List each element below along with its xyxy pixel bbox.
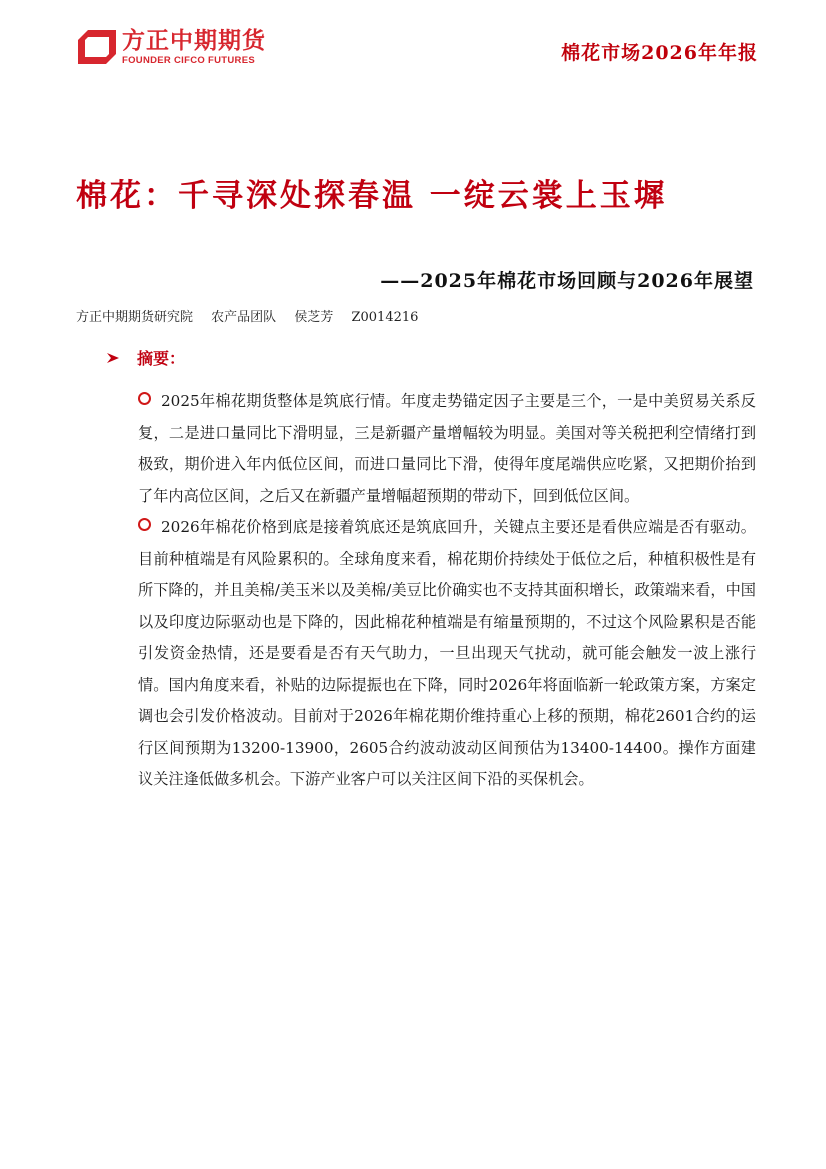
founder-logo-icon [78, 30, 116, 64]
company-name-cn: 方正中期期货 [122, 28, 266, 54]
summary-paragraph-2-text: 2026年棉花价格到底是接着筑底还是筑底回升，关键点主要还是看供应端是否有驱动。… [138, 518, 756, 788]
byline-team: 农产品团队 [211, 310, 276, 325]
summary-heading: 摘要： [107, 346, 185, 369]
arrow-right-icon [107, 352, 119, 364]
company-name-en: FOUNDER CIFCO FUTURES [122, 55, 266, 66]
company-logo: 方正中期期货 FOUNDER CIFCO FUTURES [78, 28, 266, 66]
summary-label: 摘要： [137, 346, 185, 369]
summary-content: 2025年棉花期货整体是筑底行情。年度走势锚定因子主要是三个，一是中美贸易关系反… [138, 386, 756, 796]
page-subtitle: ——2025年棉花市场回顾与2026年展望 [380, 266, 754, 293]
page-header: 方正中期期货 FOUNDER CIFCO FUTURES 棉花市场2026年年报 [78, 28, 758, 72]
byline-author: 侯芝芳 [294, 310, 333, 325]
circle-bullet-icon [138, 392, 151, 405]
page-title: 棉花：千寻深处探春温 一绽云裳上玉墀 [76, 170, 668, 215]
summary-paragraph-2: 2026年棉花价格到底是接着筑底还是筑底回升，关键点主要还是看供应端是否有驱动。… [138, 512, 756, 796]
summary-paragraph-1-text: 2025年棉花期货整体是筑底行情。年度走势锚定因子主要是三个，一是中美贸易关系反… [138, 392, 756, 505]
summary-paragraph-1: 2025年棉花期货整体是筑底行情。年度走势锚定因子主要是三个，一是中美贸易关系反… [138, 386, 756, 512]
byline-institute: 方正中期期货研究院 [76, 310, 193, 325]
report-tag: 棉花市场2026年年报 [561, 38, 758, 65]
byline: 方正中期期货研究院 农产品团队 侯芝芳 Z0014216 [76, 306, 432, 325]
byline-license: Z0014216 [351, 310, 418, 325]
circle-bullet-icon [138, 518, 151, 531]
